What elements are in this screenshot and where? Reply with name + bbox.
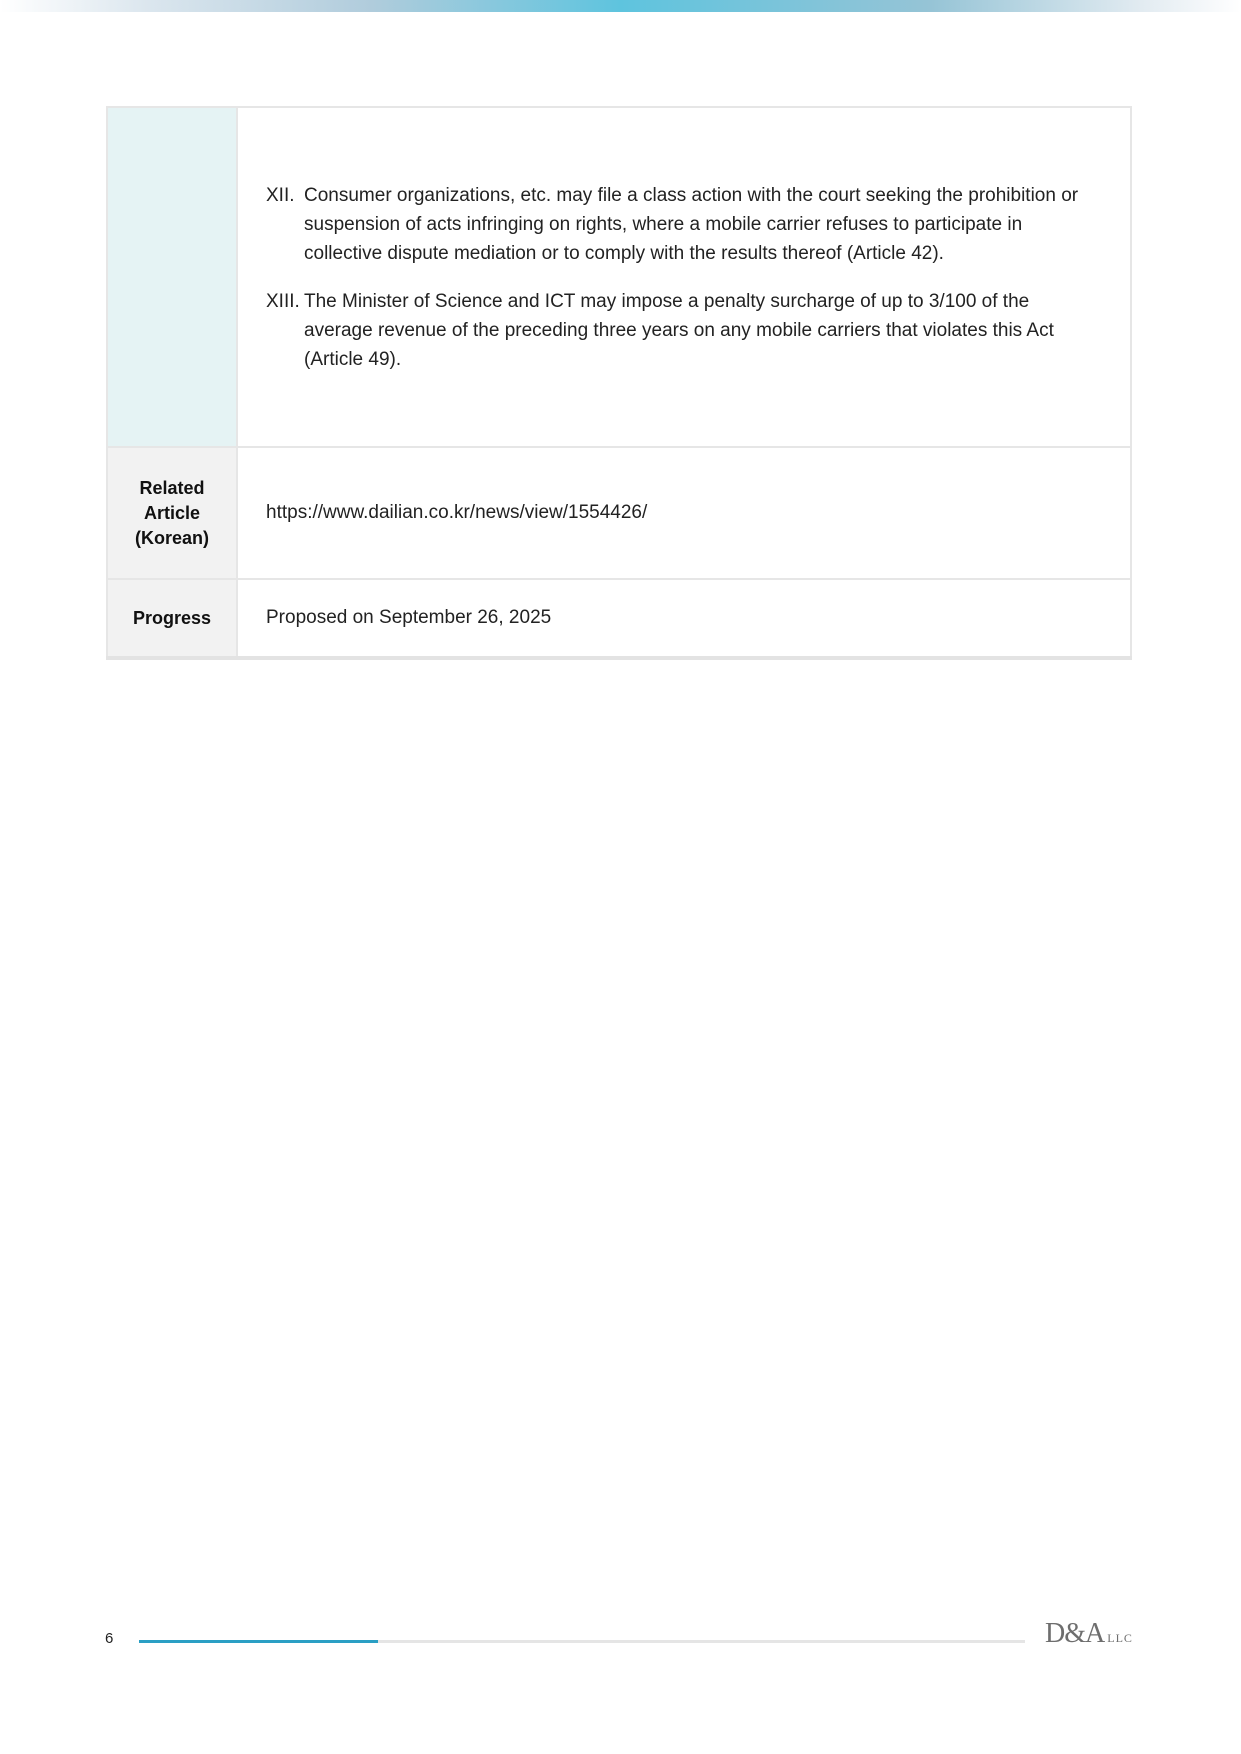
provisions-cell: XII. Consumer organizations, etc. may fi… [237, 107, 1131, 447]
logo-main: D&A [1045, 1618, 1104, 1649]
row-label-related-article: Related Article (Korean) [107, 447, 237, 579]
item-number: XII. [266, 181, 304, 268]
footer-progress-line [139, 1640, 1025, 1643]
logo-suffix: LLC [1107, 1631, 1133, 1645]
table-row-provisions: XII. Consumer organizations, etc. may fi… [107, 107, 1131, 447]
provision-list: XII. Consumer organizations, etc. may fi… [266, 181, 1102, 374]
list-item: XII. Consumer organizations, etc. may fi… [266, 181, 1102, 268]
item-text: Consumer organizations, etc. may file a … [304, 181, 1102, 268]
row-label-progress: Progress [107, 579, 237, 658]
item-number: XIII. [266, 287, 304, 374]
page-number: 6 [105, 1630, 113, 1647]
row-label-provisions [107, 107, 237, 447]
progress-value: Proposed on September 26, 2025 [237, 579, 1131, 658]
footer-progress-fill [139, 1640, 378, 1643]
table-row-progress: Progress Proposed on September 26, 2025 [107, 579, 1131, 658]
list-item: XIII. The Minister of Science and ICT ma… [266, 287, 1102, 374]
company-logo: D&ALLC [1045, 1618, 1133, 1650]
related-article-link[interactable]: https://www.dailian.co.kr/news/view/1554… [237, 447, 1131, 579]
item-text: The Minister of Science and ICT may impo… [304, 287, 1102, 374]
bill-info-table: XII. Consumer organizations, etc. may fi… [106, 106, 1132, 660]
header-gradient-bar [0, 0, 1241, 12]
table-row-related-article: Related Article (Korean) https://www.dai… [107, 447, 1131, 579]
